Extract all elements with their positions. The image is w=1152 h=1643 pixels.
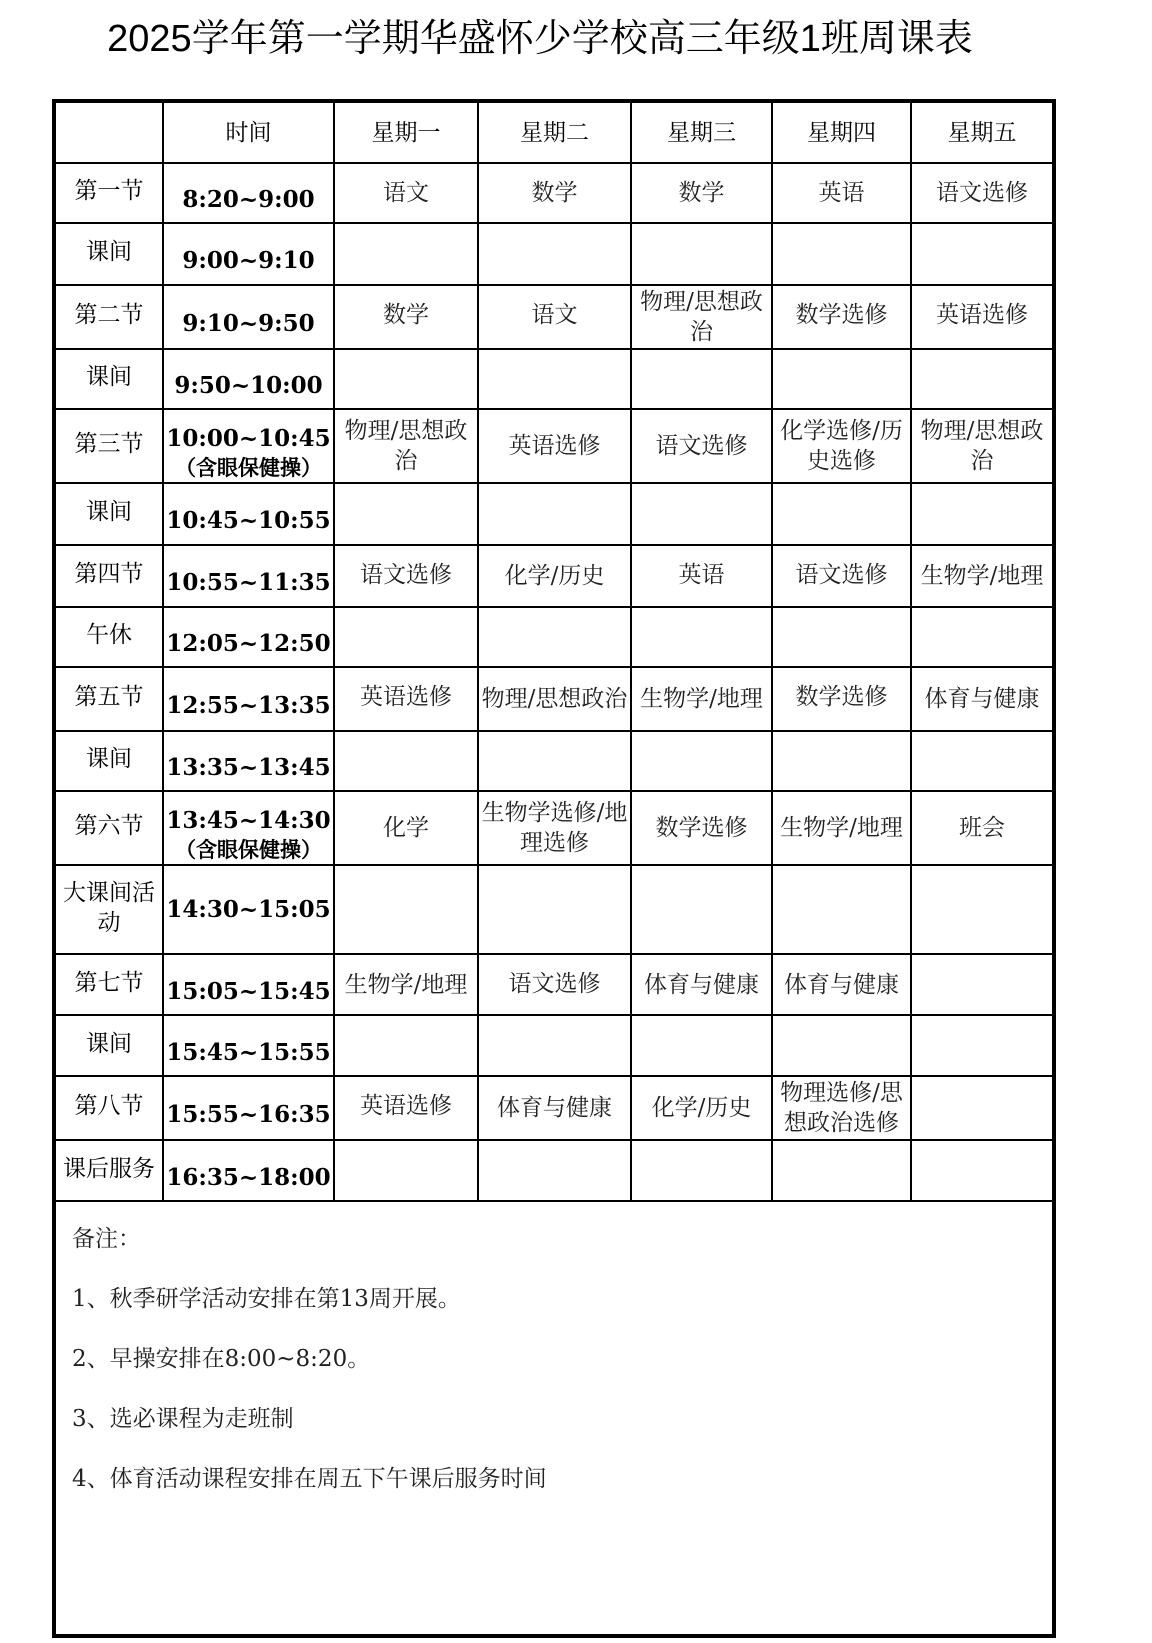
subject-cell: 英语: [631, 545, 772, 607]
subject-cell: 化学/历史: [631, 1076, 772, 1140]
period-label: 第八节: [54, 1076, 163, 1140]
period-time: 10:55~11:35: [163, 545, 334, 607]
subject-cell: 物理/思想政治: [334, 409, 478, 483]
subject-cell: 物理选修/思想政治选修: [772, 1076, 911, 1140]
subject-cell: [478, 223, 631, 285]
table-row: 第四节10:55~11:35语文选修化学/历史英语语文选修生物学/地理: [54, 545, 1054, 607]
table-row: 课间9:00~9:10: [54, 223, 1054, 285]
time-range: 15:45~15:55: [166, 1039, 330, 1066]
corner-cell: [54, 101, 163, 163]
subject-cell: [772, 865, 911, 954]
header-thursday: 星期四: [772, 101, 911, 163]
subject-cell: 化学/历史: [478, 545, 631, 607]
subject-cell: [631, 607, 772, 667]
subject-cell: [478, 865, 631, 954]
subject-cell: 生物学/地理: [334, 954, 478, 1015]
subject-cell: [631, 483, 772, 545]
period-time: 12:05~12:50: [163, 607, 334, 667]
period-time: 15:05~15:45: [163, 954, 334, 1015]
subject-cell: [478, 349, 631, 409]
subject-cell: [478, 1015, 631, 1076]
notes-section: 备注：1、秋季研学活动安排在第13周开展。2、早操安排在8:00~8:20。3、…: [54, 1201, 1054, 1636]
period-label: 第七节: [54, 954, 163, 1015]
subject-cell: [631, 865, 772, 954]
time-range: 13:35~13:45: [166, 754, 330, 781]
subject-cell: [334, 865, 478, 954]
subject-cell: [911, 223, 1054, 285]
table-row: 午休12:05~12:50: [54, 607, 1054, 667]
period-time: 14:30~15:05: [163, 865, 334, 954]
subject-cell: 体育与健康: [478, 1076, 631, 1140]
table-row: 第六节13:45~14:30（含眼保健操）化学生物学选修/地理选修数学选修生物学…: [54, 791, 1054, 865]
subject-cell: 英语选修: [478, 409, 631, 483]
subject-cell: 英语: [772, 163, 911, 223]
subject-cell: [911, 1076, 1054, 1140]
subject-cell: [772, 607, 911, 667]
period-label: 午休: [54, 607, 163, 667]
subject-cell: [911, 865, 1054, 954]
header-time: 时间: [163, 101, 334, 163]
notes-row: 备注：1、秋季研学活动安排在第13周开展。2、早操安排在8:00~8:20。3、…: [54, 1201, 1054, 1636]
subject-cell: [772, 483, 911, 545]
subject-cell: 英语选修: [911, 285, 1054, 349]
subject-cell: [631, 1140, 772, 1201]
subject-cell: [334, 349, 478, 409]
period-label: 课间: [54, 223, 163, 285]
subject-cell: [334, 1140, 478, 1201]
period-label: 课间: [54, 731, 163, 791]
header-wednesday: 星期三: [631, 101, 772, 163]
subject-cell: 数学: [334, 285, 478, 349]
time-note: （含眼保健操）: [164, 836, 333, 864]
period-label: 第二节: [54, 285, 163, 349]
time-range: 10:55~11:35: [166, 569, 330, 596]
note-item: 2、早操安排在8:00~8:20。: [72, 1344, 1036, 1374]
table-row: 第七节15:05~15:45生物学/地理语文选修体育与健康体育与健康: [54, 954, 1054, 1015]
period-label: 第五节: [54, 667, 163, 731]
time-range: 13:45~14:30: [166, 807, 330, 834]
subject-cell: 语文: [334, 163, 478, 223]
subject-cell: [478, 483, 631, 545]
subject-cell: 英语选修: [334, 667, 478, 731]
subject-cell: [911, 349, 1054, 409]
period-label: 第一节: [54, 163, 163, 223]
subject-cell: [334, 731, 478, 791]
subject-cell: 英语选修: [334, 1076, 478, 1140]
period-label: 课间: [54, 1015, 163, 1076]
table-row: 第五节12:55~13:35英语选修物理/思想政治生物学/地理数学选修体育与健康: [54, 667, 1054, 731]
subject-cell: [334, 483, 478, 545]
subject-cell: 化学选修/历史选修: [772, 409, 911, 483]
subject-cell: 数学: [478, 163, 631, 223]
subject-cell: [478, 1140, 631, 1201]
subject-cell: 班会: [911, 791, 1054, 865]
header-row: 时间 星期一 星期二 星期三 星期四 星期五: [54, 101, 1054, 163]
table-row: 课间10:45~10:55: [54, 483, 1054, 545]
header-friday: 星期五: [911, 101, 1054, 163]
period-label: 课后服务: [54, 1140, 163, 1201]
period-time: 8:20~9:00: [163, 163, 334, 223]
period-label: 第六节: [54, 791, 163, 865]
subject-cell: 数学选修: [772, 667, 911, 731]
subject-cell: [631, 349, 772, 409]
time-range: 15:05~15:45: [166, 978, 330, 1005]
period-time: 9:10~9:50: [163, 285, 334, 349]
subject-cell: [911, 731, 1054, 791]
table-row: 第二节9:10~9:50数学语文物理/思想政治数学选修英语选修: [54, 285, 1054, 349]
subject-cell: 物理/思想政治: [631, 285, 772, 349]
period-label: 课间: [54, 349, 163, 409]
period-time: 13:45~14:30（含眼保健操）: [163, 791, 334, 865]
subject-cell: 语文选修: [334, 545, 478, 607]
table-row: 课间9:50~10:00: [54, 349, 1054, 409]
notes-heading: 备注：: [72, 1224, 1036, 1254]
subject-cell: [772, 1140, 911, 1201]
period-time: 13:35~13:45: [163, 731, 334, 791]
subject-cell: [911, 607, 1054, 667]
note-item: 1、秋季研学活动安排在第13周开展。: [72, 1284, 1036, 1314]
time-range: 12:55~13:35: [166, 692, 330, 719]
table-row: 课间13:35~13:45: [54, 731, 1054, 791]
subject-cell: [911, 1015, 1054, 1076]
header-tuesday: 星期二: [478, 101, 631, 163]
period-time: 10:45~10:55: [163, 483, 334, 545]
subject-cell: 数学选修: [631, 791, 772, 865]
subject-cell: 体育与健康: [772, 954, 911, 1015]
time-range: 12:05~12:50: [166, 630, 330, 657]
subject-cell: [772, 1015, 911, 1076]
page-title: 2025学年第一学期华盛怀少学校高三年级1班周课表: [0, 14, 1080, 64]
table-row: 第三节10:00~10:45（含眼保健操）物理/思想政治英语选修语文选修化学选修…: [54, 409, 1054, 483]
period-time: 9:00~9:10: [163, 223, 334, 285]
subject-cell: 数学选修: [772, 285, 911, 349]
time-range: 9:50~10:00: [174, 372, 322, 399]
time-range: 8:20~9:00: [182, 186, 314, 213]
subject-cell: [631, 731, 772, 791]
subject-cell: 语文选修: [631, 409, 772, 483]
subject-cell: 体育与健康: [631, 954, 772, 1015]
time-range: 9:10~9:50: [182, 310, 314, 337]
subject-cell: 生物学选修/地理选修: [478, 791, 631, 865]
subject-cell: 数学: [631, 163, 772, 223]
period-time: 12:55~13:35: [163, 667, 334, 731]
period-label: 课间: [54, 483, 163, 545]
time-range: 16:35~18:00: [166, 1164, 330, 1191]
table-row: 第八节15:55~16:35英语选修体育与健康化学/历史物理选修/思想政治选修: [54, 1076, 1054, 1140]
subject-cell: 体育与健康: [911, 667, 1054, 731]
time-range: 9:00~9:10: [182, 247, 314, 274]
subject-cell: [911, 1140, 1054, 1201]
period-time: 9:50~10:00: [163, 349, 334, 409]
time-range: 15:55~16:35: [166, 1101, 330, 1128]
table-row: 大课间活动14:30~15:05: [54, 865, 1054, 954]
subject-cell: [631, 1015, 772, 1076]
table-row: 第一节8:20~9:00语文数学数学英语语文选修: [54, 163, 1054, 223]
header-monday: 星期一: [334, 101, 478, 163]
time-note: （含眼保健操）: [164, 454, 333, 482]
subject-cell: [911, 954, 1054, 1015]
period-time: 15:55~16:35: [163, 1076, 334, 1140]
period-label: 第四节: [54, 545, 163, 607]
subject-cell: 语文选修: [478, 954, 631, 1015]
note-item: 4、体育活动课程安排在周五下午课后服务时间: [72, 1464, 1036, 1494]
subject-cell: [334, 223, 478, 285]
subject-cell: [334, 607, 478, 667]
time-range: 10:45~10:55: [166, 507, 330, 534]
subject-cell: 生物学/地理: [772, 791, 911, 865]
period-label: 第三节: [54, 409, 163, 483]
subject-cell: 物理/思想政治: [478, 667, 631, 731]
subject-cell: 语文: [478, 285, 631, 349]
time-range: 10:00~10:45: [166, 425, 330, 452]
period-time: 16:35~18:00: [163, 1140, 334, 1201]
subject-cell: 生物学/地理: [631, 667, 772, 731]
subject-cell: [478, 731, 631, 791]
subject-cell: 生物学/地理: [911, 545, 1054, 607]
time-range: 14:30~15:05: [166, 896, 330, 923]
table-row: 课后服务16:35~18:00: [54, 1140, 1054, 1201]
subject-cell: 化学: [334, 791, 478, 865]
subject-cell: [631, 223, 772, 285]
subject-cell: [334, 1015, 478, 1076]
subject-cell: [478, 607, 631, 667]
subject-cell: 物理/思想政治: [911, 409, 1054, 483]
subject-cell: [772, 349, 911, 409]
table-row: 课间15:45~15:55: [54, 1015, 1054, 1076]
note-item: 3、选必课程为走班制: [72, 1404, 1036, 1434]
subject-cell: 语文选修: [772, 545, 911, 607]
subject-cell: [772, 731, 911, 791]
subject-cell: [911, 483, 1054, 545]
subject-cell: 语文选修: [911, 163, 1054, 223]
timetable: 时间 星期一 星期二 星期三 星期四 星期五 第一节8:20~9:00语文数学数…: [52, 99, 1056, 1638]
period-time: 15:45~15:55: [163, 1015, 334, 1076]
period-label: 大课间活动: [54, 865, 163, 954]
subject-cell: [772, 223, 911, 285]
period-time: 10:00~10:45（含眼保健操）: [163, 409, 334, 483]
